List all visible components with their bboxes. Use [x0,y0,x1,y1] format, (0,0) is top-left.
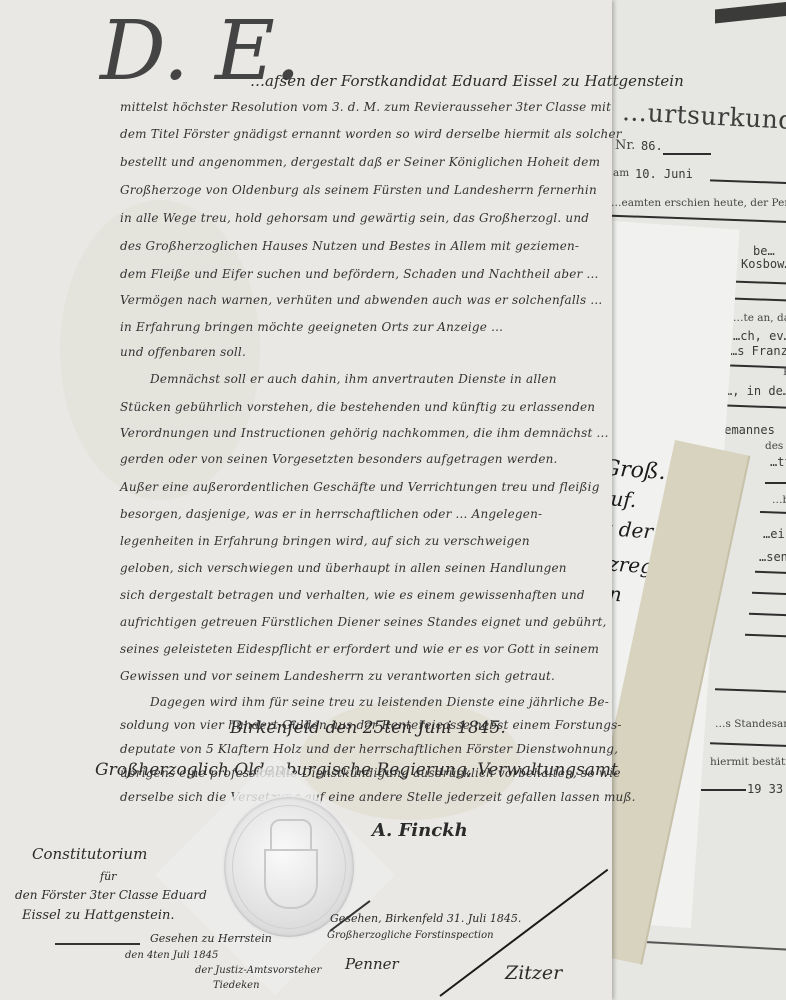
body-line: mittelst höchster Resolution vom 3. d. M… [120,100,611,114]
body-line: sich dergestalt betragen und verhalten, … [120,588,585,602]
rule [663,153,711,155]
note-line: Tiedeken [213,980,260,991]
date-prefix: am [613,167,629,179]
certificate-line: …s Standesam… [715,718,786,730]
rule [749,613,786,617]
certificate-line: …sen [759,550,786,564]
rule [715,688,786,693]
certificate-year: 19 33. [747,782,786,796]
rule [745,634,786,638]
note-line: der Justiz-Amtsvorsteher [195,965,321,976]
body-line: Vermögen nach warnen, verhüten und abwen… [120,293,602,307]
note-line: Gesehen zu Herrstein [150,932,272,945]
constitutorium-line: für [100,870,116,883]
certificate-line: be… [753,244,775,258]
body-line: Großherzoge von Oldenburg als seinem Für… [120,183,597,197]
rule [760,511,786,515]
body-line: Demnächst soll er auch dahin, ihm anvert… [150,372,557,386]
body-line: derselbe sich die Versetzung auf eine an… [120,790,636,804]
constitutorium-line: Eissel zu Hattgenstein. [22,908,175,923]
rule [710,179,786,184]
body-line: Dagegen wird ihm für seine treu zu leist… [150,695,609,709]
rule [701,789,746,791]
body-line: seines geleisteten Eidespflicht er erfor… [120,642,599,656]
note-line: Großherzogliche Forstinspection [327,930,494,941]
body-line: in Erfahrung bringen möchte geeigneten O… [120,320,503,334]
body-line: und offenbaren soll. [120,345,246,359]
place-date: Birkenfeld den 25ten Juni 1845. [230,718,506,738]
rule [735,298,786,303]
rule [723,404,786,409]
crown-icon [270,819,312,851]
certificate-line: Kosbow… [741,257,786,271]
body-line: Verordnungen und Instructionen gehörig n… [120,426,609,440]
background-shadow [715,0,786,23]
body-line: bestellt und angenommen, dergestalt daß … [120,155,600,169]
body-line: dem Fleiße und Eifer suchen und beförder… [120,267,599,281]
rule [752,592,786,596]
body-line: deputate von 5 Klaftern Holz und der her… [120,742,618,756]
certificate-line: hiermit bestätig… [710,756,786,768]
rule [755,571,786,575]
body-line: geloben, sich verschwiegen und überhaupt… [120,561,567,575]
rule [710,742,786,747]
certificate-line: …s Franz… [730,344,786,358]
certificate-title: …urtsurkunde. [621,97,786,136]
body-line: Stücken gebührlich vorstehen, die besteh… [120,400,595,414]
note-line: den 4ten Juli 1845 [125,950,218,961]
date-value: 10. Juni [635,167,693,181]
constitutorium-title: Constitutorium [32,845,147,863]
certificate-line: …eamten erschien heute, der Persönli… [611,197,786,209]
certificate-line: …tta… [770,455,786,469]
signature-penner: Penner [345,955,399,973]
body-line: besorgen, dasjenige, was er in herrschaf… [120,507,542,521]
body-line: in alle Wege treu, hold gehorsam und gew… [120,211,589,225]
body-line: Gewissen und vor seinem Landesherrn zu v… [120,669,555,683]
body-line: Außer eine außerordentlichen Geschäfte u… [120,480,600,494]
certificate-line: des … [765,440,786,452]
signature-zitzer: Zitzer [505,962,562,984]
body-line: legenheiten in Erfahrung bringen wird, a… [120,534,530,548]
rule [735,281,786,286]
certificate-line: …, in de… [725,384,786,398]
nr-value: 86. [641,139,663,153]
rule [55,943,140,945]
constitutorium-line: den Förster 3ter Classe Eduard [15,888,207,902]
certificate-line: …ei … [763,527,786,541]
certificate-line: …te an, daß [733,312,786,324]
body-line: aufrichtigen getreuen Fürstlichen Diener… [120,615,607,629]
rule [765,482,786,484]
certificate-line: …born… [772,494,786,506]
signature-finckh: A. Finckh [372,820,468,841]
rule [630,940,786,951]
body-line: dem Titel Förster gnädigst ernannt worde… [120,127,622,141]
issuing-authority: Großherzoglich Oldenburgische Regierung,… [95,760,618,780]
coat-of-arms-icon [264,849,318,909]
note-line: Gesehen, Birkenfeld 31. Juli 1845. [330,912,521,925]
appointment-document-1845: D. E. …afsen der Forstkandidat Eduard Ei… [0,0,612,1000]
body-line: des Großherzoglichen Hauses Nutzen und B… [120,239,579,253]
body-line: gerden oder von seinen Vorgesetzten beso… [120,452,558,466]
certificate-line: …ch, ev… [733,329,786,343]
header-line: …afsen der Forstkandidat Eduard Eissel z… [250,72,684,90]
rule [727,364,786,369]
